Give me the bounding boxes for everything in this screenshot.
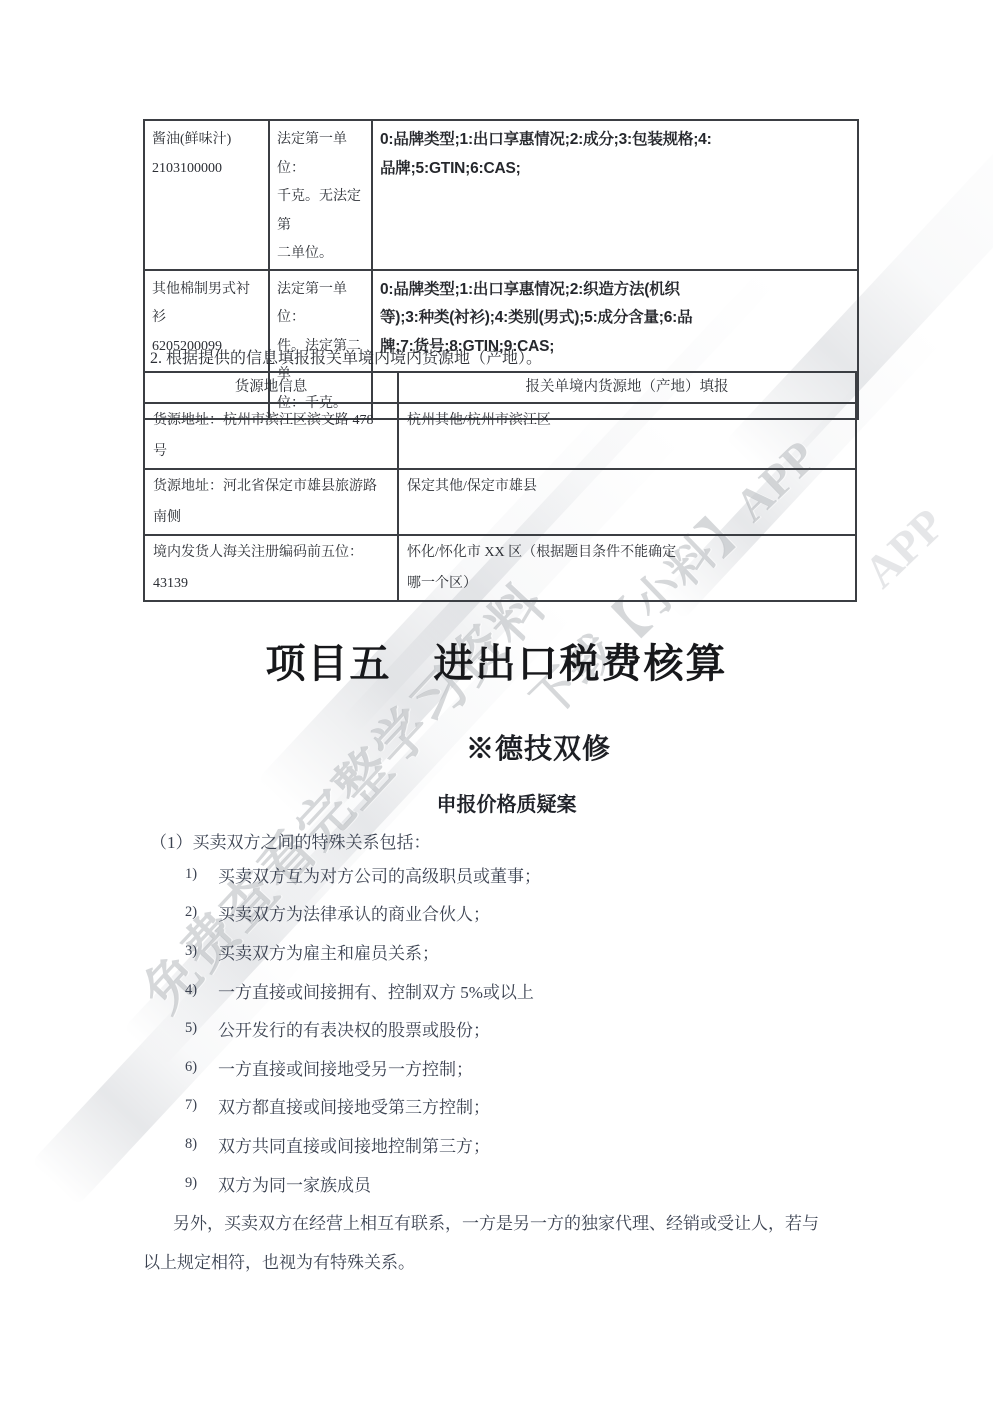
declaration-elements-line: 等);3:种类(衬衫);4:类别(男式);5:成分含量;6:品 bbox=[380, 304, 852, 333]
commodity-name: 其他棉制男式衬衫 bbox=[152, 276, 263, 333]
source-info-cell: 境内发货人海关注册编码前五位：43139 bbox=[144, 535, 398, 601]
legal-unit-line: 二单位。 bbox=[277, 240, 366, 269]
list-item: 5) 公开发行的有表决权的股票或股份； bbox=[185, 1009, 541, 1048]
list-item: 3) 买卖双方为雇主和雇员关系； bbox=[185, 932, 541, 971]
declaration-elements-line: 0:品牌类型;1:出口享惠情况;2:织造方法(机织 bbox=[380, 276, 852, 305]
list-item-number: 4) bbox=[185, 982, 218, 999]
special-relationship-list: 1) 买卖双方互为对方公司的高级职员或董事； 2) 买卖双方为法律承认的商业合伙… bbox=[185, 855, 541, 1202]
section-2-label: 2. 根据提供的信息填报报关单境内境内货源地（产地）。 bbox=[150, 345, 542, 368]
fill-answer-line: 怀化/怀化市 XX 区（根据题目条件不能确定 bbox=[407, 537, 847, 568]
legal-unit-line: 法定第一单位： bbox=[277, 276, 366, 333]
goods-source-table: 货源地信息 报关单境内货源地（产地）填报 货源地址：杭州市滨江区滨文路 478 … bbox=[143, 371, 857, 602]
declaration-elements-line: 0:品牌类型;1:出口享惠情况;2:成分;3:包装规格;4: bbox=[380, 126, 852, 155]
fill-answer-line: 杭州其他/杭州市滨江区 bbox=[407, 405, 847, 436]
legal-unit-line: 法定第一单位： bbox=[277, 126, 366, 183]
list-item-number: 7) bbox=[185, 1097, 218, 1114]
list-intro-paragraph: （1）买卖双方之间的特殊关系包括： bbox=[150, 828, 431, 853]
hs-code: 2103100000 bbox=[152, 155, 263, 184]
list-item: 4) 一方直接或间接拥有、控制双方 5%或以上 bbox=[185, 971, 541, 1010]
list-item-text: 买卖双方为雇主和雇员关系； bbox=[218, 939, 439, 964]
fill-answer-cell: 保定其他/保定市雄县 bbox=[398, 469, 856, 535]
list-item-text: 买卖双方为法律承认的商业合伙人； bbox=[218, 900, 490, 925]
legal-unit-line: 千克。无法定第 bbox=[277, 183, 366, 240]
list-item: 7) 双方都直接或间接地受第三方控制； bbox=[185, 1087, 541, 1126]
page-content: 酱油(鲜味汁) 2103100000 法定第一单位： 千克。无法定第 二单位。 … bbox=[0, 0, 993, 1404]
commodity-cell: 酱油(鲜味汁) 2103100000 bbox=[144, 120, 269, 270]
list-item-number: 5) bbox=[185, 1020, 218, 1037]
legal-unit-cell: 法定第一单位： 千克。无法定第 二单位。 bbox=[269, 120, 372, 270]
column-header: 货源地信息 bbox=[144, 372, 398, 403]
closing-line: 另外，买卖双方在经营上相互有联系，一方是另一方的独家代理、经销或受让人，若与 bbox=[143, 1205, 857, 1244]
list-item-text: 双方共同直接或间接地控制第三方； bbox=[218, 1132, 490, 1157]
source-info-cell: 货源地址：杭州市滨江区滨文路 478 号 bbox=[144, 403, 398, 469]
list-item-text: 公开发行的有表决权的股票或股份； bbox=[218, 1016, 490, 1041]
list-item: 1) 买卖双方互为对方公司的高级职员或董事； bbox=[185, 855, 541, 894]
fill-answer-cell: 杭州其他/杭州市滨江区 bbox=[398, 403, 856, 469]
list-item-text: 一方直接或间接拥有、控制双方 5%或以上 bbox=[218, 978, 534, 1003]
list-item: 2) 买卖双方为法律承认的商业合伙人； bbox=[185, 894, 541, 933]
table-row: 境内发货人海关注册编码前五位：43139 怀化/怀化市 XX 区（根据题目条件不… bbox=[144, 535, 856, 601]
table-row: 货源地址：河北省保定市雄县旅游路南侧 保定其他/保定市雄县 bbox=[144, 469, 856, 535]
table-header-row: 货源地信息 报关单境内货源地（产地）填报 bbox=[144, 372, 856, 403]
list-item-text: 一方直接或间接地受另一方控制； bbox=[218, 1055, 473, 1080]
document-page: 免费查看完整学习资料 下载【小料】APP APP 酱油(鲜味汁) 2103100… bbox=[0, 0, 993, 1404]
list-item: 8) 双方共同直接或间接地控制第三方； bbox=[185, 1125, 541, 1164]
fill-answer-line: 哪一个区） bbox=[407, 568, 847, 599]
list-item-text: 双方都直接或间接地受第三方控制； bbox=[218, 1093, 490, 1118]
closing-paragraph: 另外，买卖双方在经营上相互有联系，一方是另一方的独家代理、经销或受让人，若与 以… bbox=[143, 1205, 857, 1282]
list-item-number: 9) bbox=[185, 1175, 218, 1192]
table-row: 货源地址：杭州市滨江区滨文路 478 号 杭州其他/杭州市滨江区 bbox=[144, 403, 856, 469]
list-item-number: 8) bbox=[185, 1136, 218, 1153]
chapter-title: 项目五 进出口税费核算 bbox=[0, 632, 993, 689]
table-row: 酱油(鲜味汁) 2103100000 法定第一单位： 千克。无法定第 二单位。 … bbox=[144, 120, 858, 270]
list-item-number: 6) bbox=[185, 1059, 218, 1076]
declaration-elements-cell: 0:品牌类型;1:出口享惠情况;2:成分;3:包装规格;4: 品牌;5:GTIN… bbox=[372, 120, 858, 270]
declaration-elements-line: 品牌;5:GTIN;6:CAS; bbox=[380, 155, 852, 184]
chapter-subtitle: ※德技双修 bbox=[42, 727, 993, 767]
fill-answer-line: 保定其他/保定市雄县 bbox=[407, 471, 847, 502]
list-item-text: 双方为同一家族成员 bbox=[218, 1171, 371, 1196]
list-item-number: 1) bbox=[185, 866, 218, 883]
list-item-number: 3) bbox=[185, 943, 218, 960]
case-subheading: 申报价格质疑案 bbox=[10, 788, 993, 817]
source-info-cell: 货源地址：河北省保定市雄县旅游路南侧 bbox=[144, 469, 398, 535]
list-item-text: 买卖双方互为对方公司的高级职员或董事； bbox=[218, 862, 541, 887]
list-item-number: 2) bbox=[185, 904, 218, 921]
column-header: 报关单境内货源地（产地）填报 bbox=[398, 372, 856, 403]
closing-line: 以上规定相符，也视为有特殊关系。 bbox=[143, 1244, 857, 1283]
fill-answer-cell: 怀化/怀化市 XX 区（根据题目条件不能确定 哪一个区） bbox=[398, 535, 856, 601]
commodity-name: 酱油(鲜味汁) bbox=[152, 126, 263, 155]
list-item: 6) 一方直接或间接地受另一方控制； bbox=[185, 1048, 541, 1087]
list-item: 9) 双方为同一家族成员 bbox=[185, 1164, 541, 1203]
